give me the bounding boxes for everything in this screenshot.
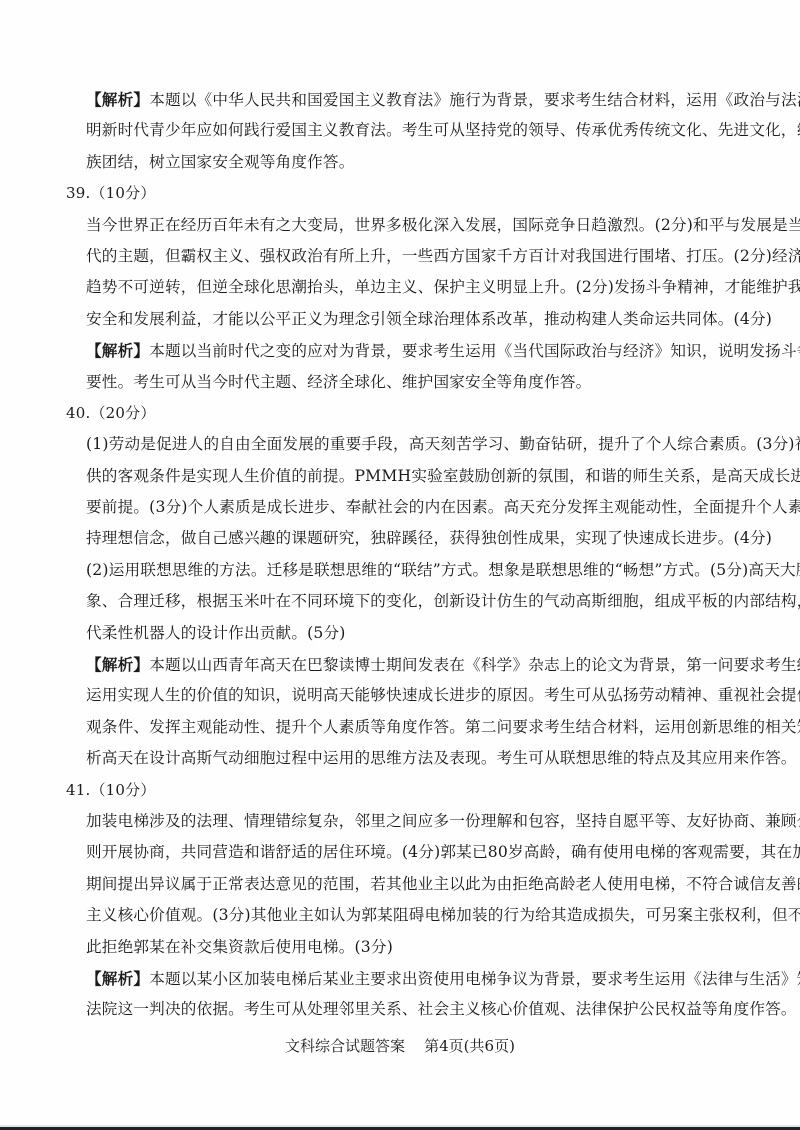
analysis-tag: 【解析】 <box>86 341 149 360</box>
analysis-line: 【解析】本题以当前时代之变的应对为背景，要求考生运用《当代国际政治与经济》知识，… <box>66 335 738 366</box>
question-40: 40.（20分） (1)劳动是促进人的自由全面发展的重要手段，高天刻苦学习、勤奋… <box>66 398 738 775</box>
answer-line: (2)运用联想思维的方法。迁移是联想思维的“联结”方式。想象是联想思维的“畅想”… <box>66 555 738 586</box>
answer-line: 要前提。(3分)个人素质是成长进步、奉献社会的内在因素。高天充分发挥主观能动性，… <box>66 492 738 523</box>
analysis-tag: 【解析】 <box>86 655 149 674</box>
answer-line: 加装电梯涉及的法理、情理错综复杂，邻里之间应多一份理解和包容，坚持自愿平等、友好… <box>66 806 738 837</box>
analysis-line: 法院这一判决的依据。考生可从处理邻里关系、社会主义核心价值观、法律保护公民权益等… <box>66 994 738 1025</box>
answer-line: 安全和发展利益，才能以公平正义为理念引领全球治理体系改革，推动构建人类命运共同体… <box>66 304 738 335</box>
answer-line: 代的主题，但霸权主义、强权政治有所上升，一些西方国家千方百计对我国进行围堵、打压… <box>66 241 738 272</box>
analysis-line: 要性。考生可从当今时代主题、经济全球化、维护国家安全等角度作答。 <box>66 367 738 398</box>
question-39: 39.（10分） 当今世界正在经历百年未有之大变局，世界多极化深入发展，国际竞争… <box>66 178 738 398</box>
analysis-tag: 【解析】 <box>86 969 149 988</box>
answer-line: 当今世界正在经历百年未有之大变局，世界多极化深入发展，国际竞争日趋激烈。(2分)… <box>66 210 738 241</box>
analysis-line: 【解析】本题以山西青年高天在巴黎读博士期间发表在《科学》杂志上的论文为背景，第一… <box>66 649 738 680</box>
page-footer: 文科综合试题答案 第4页(共6页) <box>0 1034 800 1058</box>
question-number: 39.（10分） <box>66 178 738 209</box>
q38-analysis: 【解析】本题以《中华人民共和国爱国主义教育法》施行为背景，要求考生结合材料，运用… <box>66 84 738 178</box>
analysis-line: 【解析】本题以《中华人民共和国爱国主义教育法》施行为背景，要求考生结合材料，运用… <box>66 84 738 115</box>
answer-line: 代柔性机器人的设计作出贡献。(5分) <box>66 618 738 649</box>
analysis-tag: 【解析】 <box>86 90 149 109</box>
page-content: 【解析】本题以《中华人民共和国爱国主义教育法》施行为背景，要求考生结合材料，运用… <box>66 84 738 1026</box>
analysis-line: 观条件、发挥主观能动性、提升个人素质等角度作答。第二问要求考生结合材料，运用创新… <box>66 712 738 743</box>
answer-line: 持理想信念，做自己感兴趣的课题研究，独辟蹊径，获得独创性成果，实现了快速成长进步… <box>66 523 738 554</box>
analysis-line: 【解析】本题以某小区加装电梯后某业主要求出资使用电梯争议为背景，要求考生运用《法… <box>66 963 738 994</box>
answer-line: 则开展协商，共同营造和谐舒适的居住环境。(4分)郭某已80岁高龄，确有使用电梯的… <box>66 837 738 868</box>
answer-line: 趋势不可逆转，但逆全球化思潮抬头，单边主义、保护主义明显上升。(2分)发扬斗争精… <box>66 272 738 303</box>
question-number: 40.（20分） <box>66 398 738 429</box>
analysis-line: 运用实现人生的价值的知识，说明高天能够快速成长进步的原因。考生可从弘扬劳动精神、… <box>66 680 738 711</box>
answer-line: 主义核心价值观。(3分)其他业主如认为郭某阻碍电梯加装的行为给其造成损失，可另案… <box>66 900 738 931</box>
question-41: 41.（10分） 加装电梯涉及的法理、情理错综复杂，邻里之间应多一份理解和包容，… <box>66 775 738 1026</box>
answer-key-page: 【解析】本题以《中华人民共和国爱国主义教育法》施行为背景，要求考生结合材料，运用… <box>0 0 800 1130</box>
analysis-line: 族团结，树立国家安全观等角度作答。 <box>66 147 738 178</box>
analysis-line: 明新时代青少年应如何践行爱国主义教育法。考生可从坚持党的领导、传承优秀传统文化、… <box>66 115 738 146</box>
analysis-line: 析高天在设计高斯气动细胞过程中运用的思维方法及表现。考生可从联想思维的特点及其应… <box>66 743 738 774</box>
answer-line: 象、合理迁移，根据玉米叶在不同环境下的变化，创新设计仿生的气动高斯细胞，组成平板… <box>66 586 738 617</box>
answer-line: 供的客观条件是实现人生价值的前提。PMMH实验室鼓励创新的氛围，和谐的师生关系，… <box>66 461 738 492</box>
footer-page-info: 第4页(共6页) <box>424 1037 515 1055</box>
answer-line: (1)劳动是促进人的自由全面发展的重要手段，高天刻苦学习、勤奋钻研，提升了个人综… <box>66 429 738 460</box>
answer-line: 此拒绝郭某在补交集资款后使用电梯。(3分) <box>66 932 738 963</box>
question-number: 41.（10分） <box>66 775 738 806</box>
footer-title: 文科综合试题答案 <box>285 1037 405 1055</box>
answer-line: 期间提出异议属于正常表达意见的范围，若其他业主以此为由拒绝高龄老人使用电梯，不符… <box>66 869 738 900</box>
